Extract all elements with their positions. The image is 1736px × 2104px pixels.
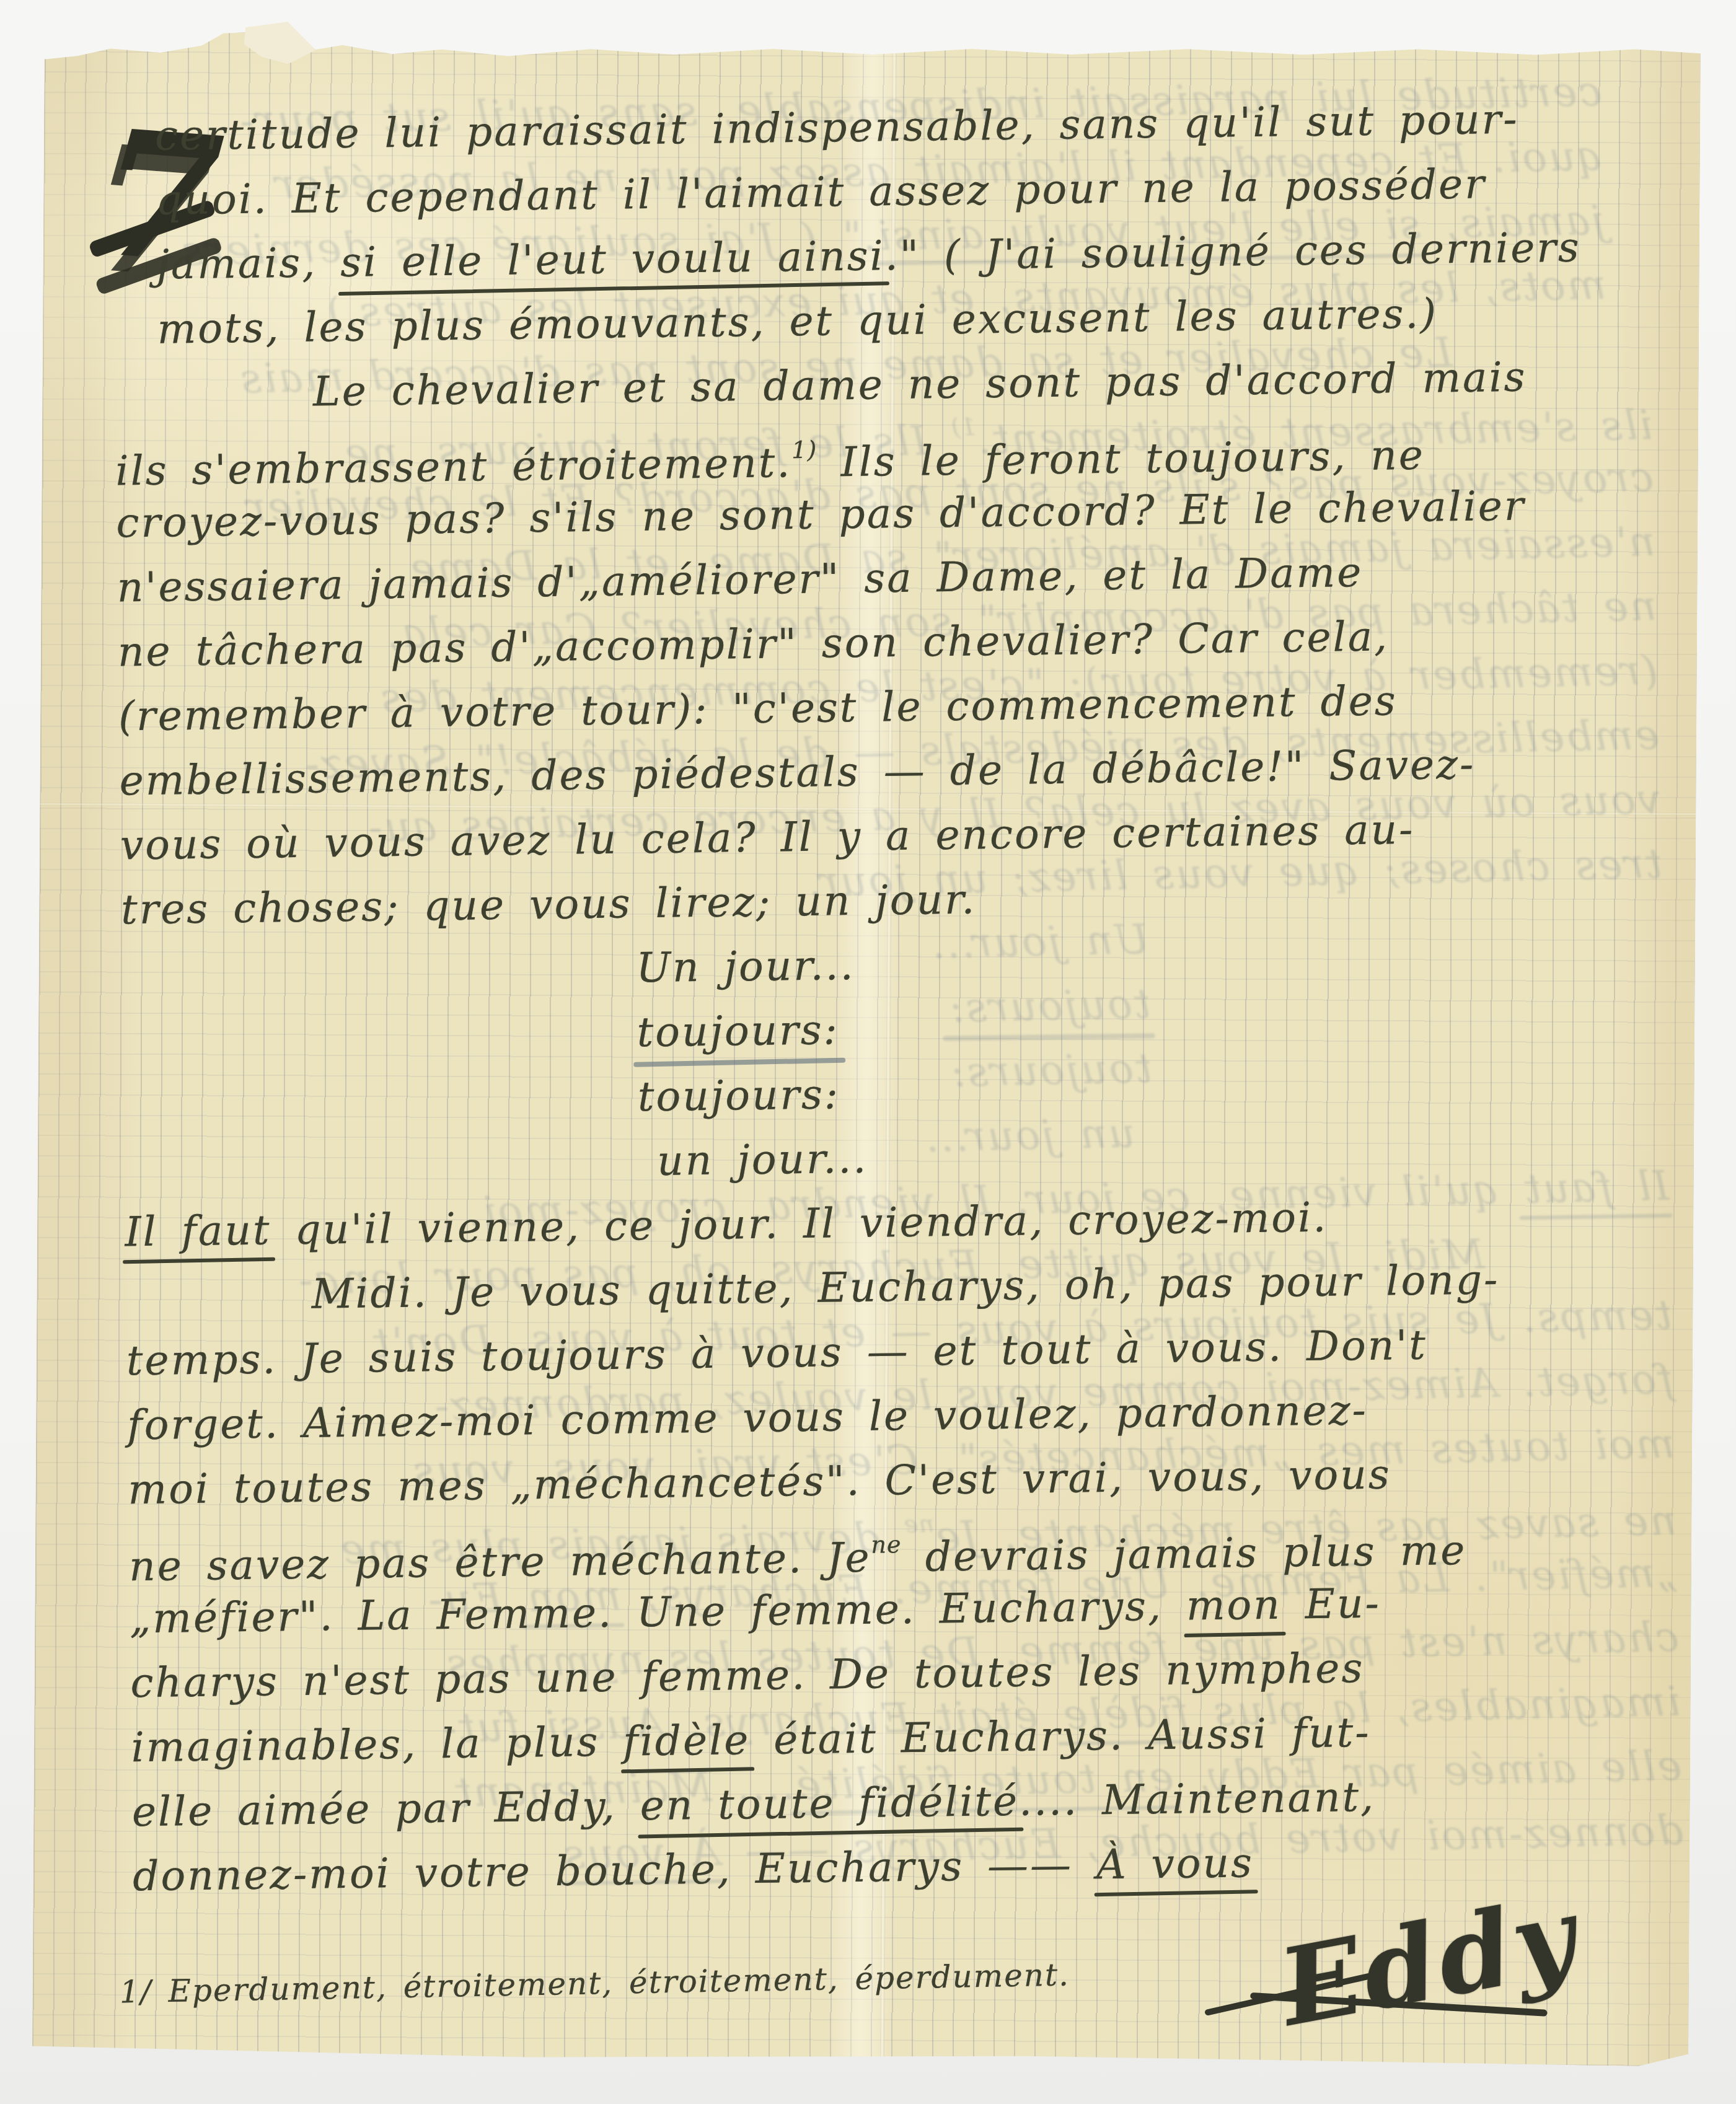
text-segment: temps. Je suis toujours à vous — et tout…	[126, 1321, 1428, 1385]
letter-line: un jour...	[657, 1117, 1677, 1194]
letter-page: certitude lui paraissait indispensable, …	[32, 31, 1701, 2066]
text-segment: jamais,	[156, 239, 341, 289]
text-segment: si elle l'eut voulu ainsi	[340, 232, 886, 286]
letter-body: certitude lui paraissait indispensable, …	[111, 86, 1685, 1909]
text-segment: elle aimée par Eddy,	[131, 1782, 640, 1836]
text-segment: toujours:	[637, 1006, 839, 1056]
text-segment: quoi. Et cependant il l'aimait assez pou…	[156, 160, 1486, 224]
text-segment: n'essaiera jamais d'„améliorer" sa Dame,…	[117, 548, 1363, 612]
text-segment: qu'il vienne, ce jour. Il viendra, croye…	[271, 1194, 1328, 1254]
letter-line: Un jour...	[636, 923, 1674, 1000]
text-segment: toujours:	[637, 1070, 840, 1120]
text-segment: Ils le feront toujours, ne	[817, 431, 1425, 486]
text-segment: mon	[1186, 1581, 1282, 1630]
text-segment: donnez-moi votre bouche, Eucharys ——	[133, 1841, 1097, 1900]
text-segment: ne tâchera pas d'„accomplir" son chevali…	[118, 612, 1390, 676]
text-segment: mots, les plus émouvants, et qui excusen…	[157, 289, 1438, 353]
text-segment: imaginables, la plus	[131, 1718, 623, 1772]
text-segment: en toute fidélité	[640, 1777, 1019, 1829]
text-segment: Eu-	[1281, 1580, 1381, 1629]
text-segment: était Eucharys. Aussi fut-	[750, 1709, 1371, 1764]
text-segment: À vous	[1096, 1839, 1254, 1888]
letter-line: toujours:	[637, 988, 1675, 1065]
text-segment: ne savez pas être méchante. Je	[129, 1534, 871, 1591]
signature: Eddy	[1271, 1873, 1588, 2051]
text-segment: certitude lui paraissait indispensable, …	[154, 95, 1518, 160]
text-segment: ils s'embrassent étroitement.	[115, 439, 792, 495]
text-segment: ." ( J'ai souligné ces derniers	[884, 224, 1581, 280]
text-segment: devrais jamais plus me	[901, 1526, 1466, 1581]
text-segment: Le chevalier et sa dame ne sont pas d'ac…	[313, 353, 1527, 416]
text-segment: tres choses; que vous lirez; un jour.	[121, 876, 977, 934]
letter-line: toujours:	[637, 1052, 1675, 1129]
text-segment: Midi. Je vous quitte, Eucharys, oh, pas …	[311, 1256, 1499, 1318]
text-segment: forget. Aimez-moi comme vous le voulez, …	[127, 1386, 1368, 1449]
text-segment: embellissements, des piédestals — de la …	[119, 741, 1476, 805]
text-segment: 1)	[791, 436, 817, 465]
text-segment: .... Maintenant,	[1019, 1773, 1376, 1825]
text-segment: Il faut	[125, 1207, 271, 1256]
text-segment: charys n'est pas une femme. De toutes le…	[130, 1644, 1365, 1707]
scanned-letter-screenshot: { "page": { "page_number": "7", "signatu…	[0, 0, 1736, 2104]
text-segment: ne	[871, 1531, 902, 1559]
text-segment: (remember à votre tour): "c'est le comme…	[118, 677, 1398, 740]
text-segment: „méfier". La Femme. Une femme. Eucharys,	[130, 1582, 1187, 1643]
text-segment: Un jour...	[636, 941, 855, 992]
footnote: 1/ Eperdument, étroitement, étroitement,…	[119, 1957, 1070, 2010]
text-segment: vous où vous avez lu cela? Il y a encore…	[120, 806, 1414, 869]
text-segment: moi toutes mes „méchancetés". C'est vrai…	[128, 1450, 1391, 1513]
text-segment: fidèle	[623, 1716, 751, 1765]
text-segment: un jour...	[657, 1135, 868, 1185]
